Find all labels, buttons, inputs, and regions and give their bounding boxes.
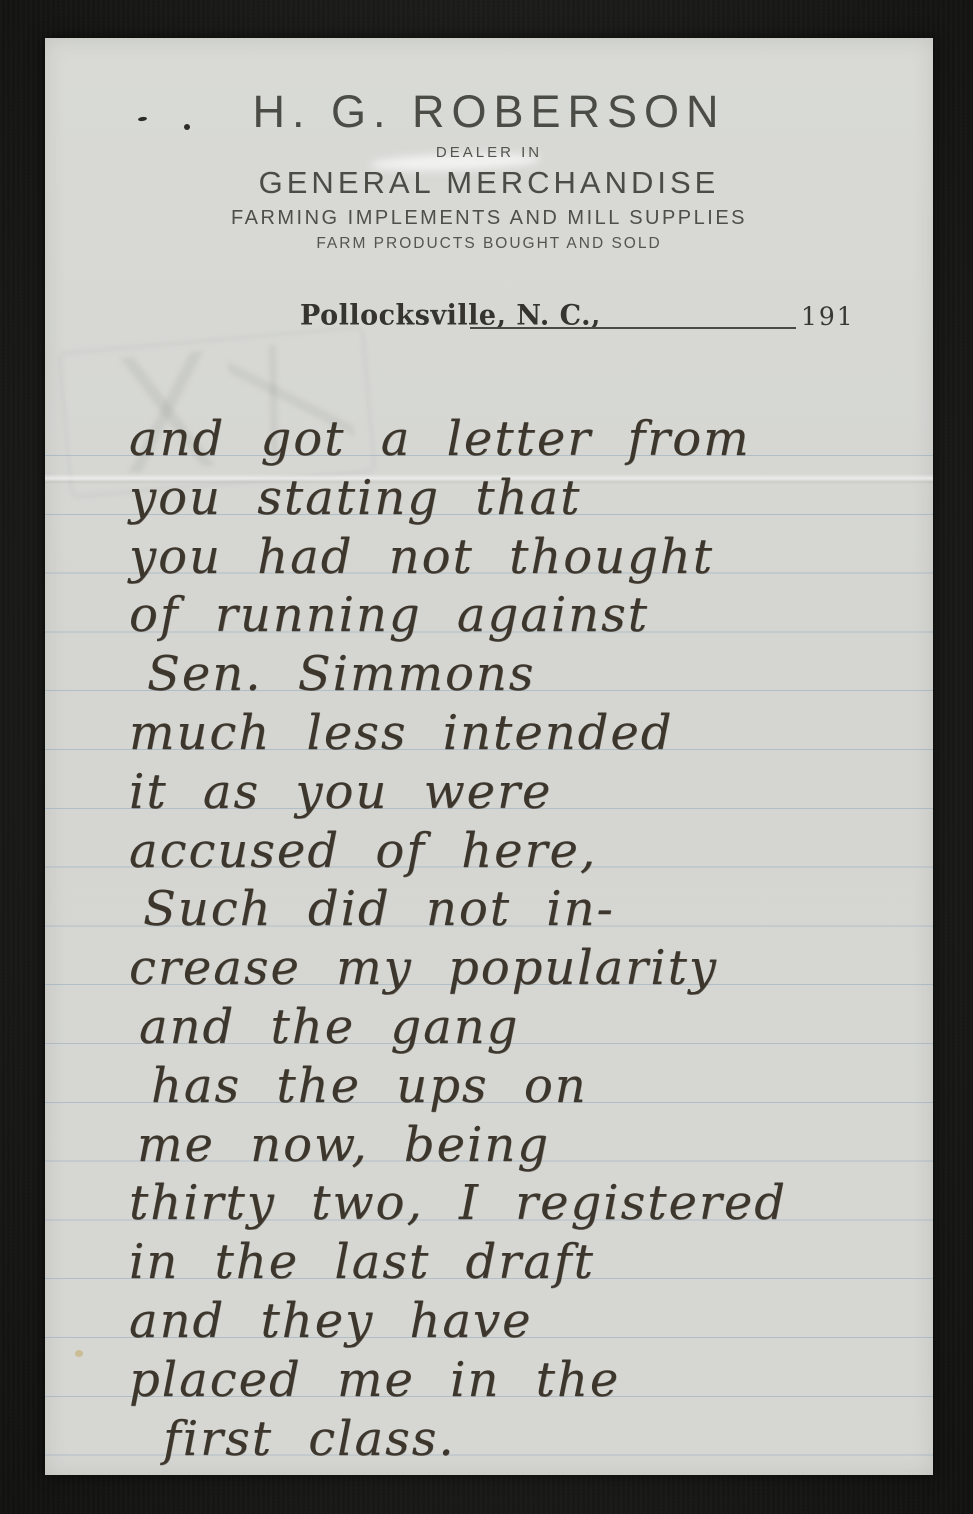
letter-page: H. G. ROBERSON DEALER IN GENERAL MERCHAN… [45, 38, 933, 1475]
dateline-year-prefix: 191 [801, 302, 855, 331]
letterhead-products-line: FARM PRODUCTS BOUGHT AND SOLD [45, 235, 933, 253]
handwritten-line: me now, being [129, 1116, 939, 1175]
handwritten-line: of running against [129, 586, 939, 645]
handwritten-line: Such did not in- [129, 880, 939, 939]
handwritten-line: much less intended [129, 704, 939, 763]
handwritten-line: thirty two, I registered [129, 1174, 939, 1233]
handwritten-line: in the last draft [129, 1233, 939, 1292]
handwritten-line: it as you were [129, 763, 939, 822]
handwritten-line: you stating that [129, 469, 939, 528]
handwritten-line: and the gang [129, 998, 939, 1057]
date-blank-line [470, 327, 796, 329]
handwritten-line: has the ups on [129, 1057, 939, 1116]
handwritten-line: and they have [129, 1292, 939, 1351]
letterhead-business: GENERAL MERCHANDISE [45, 165, 933, 201]
letterhead-dealer-in: DEALER IN [45, 144, 933, 161]
letterhead-name: H. G. ROBERSON [45, 86, 933, 138]
handwritten-line: crease my popularity [129, 939, 939, 998]
handwritten-line: first class. [129, 1410, 939, 1469]
paper-stain-speck [75, 1350, 83, 1357]
handwritten-line: and got a letter from [129, 410, 939, 469]
handwritten-line: accused of here, [129, 822, 939, 881]
handwritten-line: placed me in the [129, 1351, 939, 1410]
handwritten-line: you had not thought [129, 528, 939, 587]
handwritten-line: Sen. Simmons [129, 645, 939, 704]
photo-mat-background: H. G. ROBERSON DEALER IN GENERAL MERCHAN… [0, 0, 973, 1514]
dateline: Pollocksville, N. C., 191 [45, 296, 933, 340]
handwritten-body: and got a letter from you stating that y… [129, 410, 939, 1468]
letterhead-supplies-line: FARMING IMPLEMENTS AND MILL SUPPLIES [45, 207, 933, 230]
